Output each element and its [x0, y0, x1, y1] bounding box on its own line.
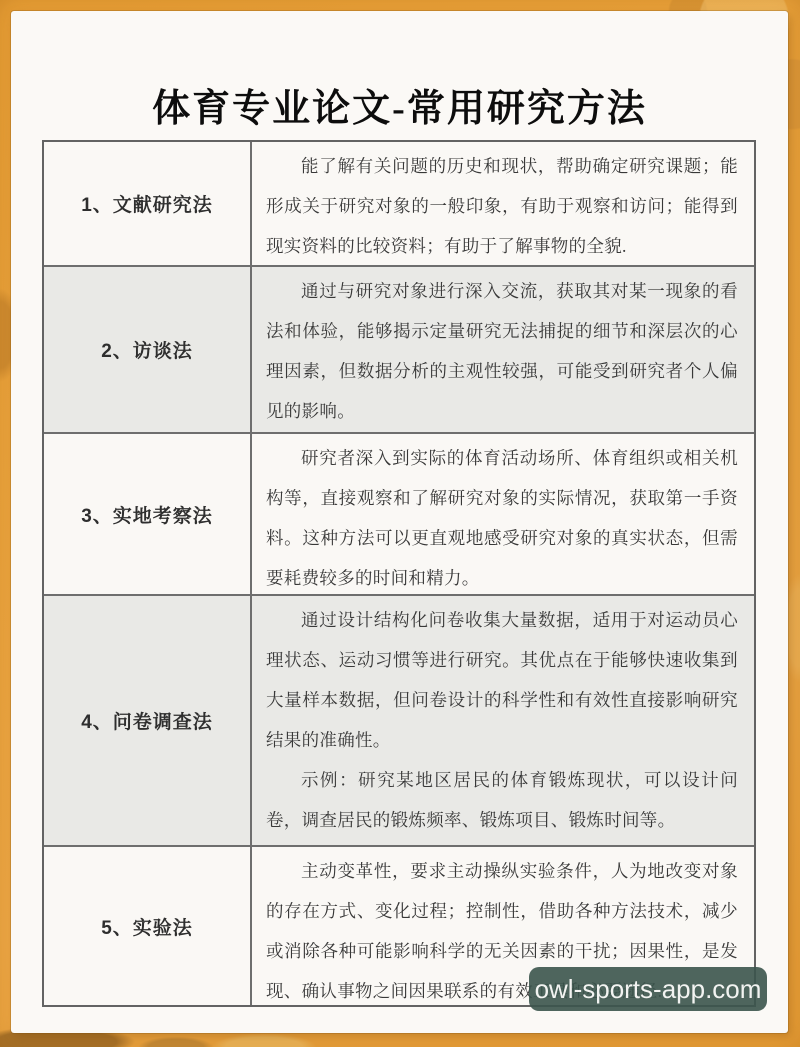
method-name-label: 5、实验法: [44, 847, 252, 1005]
method-description-cell: 研究者深入到实际的体育活动场所、体育组织或相关机构等，直接观察和了解研究对象的实…: [252, 434, 754, 594]
method-description-paragraph: 能了解有关问题的历史和现状，帮助确定研究课题；能形成关于研究对象的一般印象，有助…: [266, 146, 738, 265]
method-description-cell: 能了解有关问题的历史和现状，帮助确定研究课题；能形成关于研究对象的一般印象，有助…: [252, 142, 754, 265]
table-row-questionnaire-survey: 4、问卷调查法 通过设计结构化问卷收集大量数据，适用于对运动员心理状态、运动习惯…: [44, 594, 754, 845]
method-name-label: 3、实地考察法: [44, 434, 252, 594]
method-description-paragraph: 研究者深入到实际的体育活动场所、体育组织或相关机构等，直接观察和了解研究对象的实…: [266, 438, 738, 594]
method-example-paragraph: 示例：研究某地区居民的体育锻炼现状，可以设计问卷，调查居民的锻炼频率、锻炼项目、…: [266, 760, 738, 840]
method-description-cell: 通过设计结构化问卷收集大量数据，适用于对运动员心理状态、运动习惯等进行研究。其优…: [252, 596, 754, 845]
method-name-label: 2、访谈法: [44, 267, 252, 432]
table-row-literature-research: 1、文献研究法 能了解有关问题的历史和现状，帮助确定研究课题；能形成关于研究对象…: [44, 142, 754, 265]
method-name-label: 4、问卷调查法: [44, 596, 252, 845]
page-title: 体育专业论文-常用研究方法: [11, 77, 788, 132]
research-methods-table: 1、文献研究法 能了解有关问题的历史和现状，帮助确定研究课题；能形成关于研究对象…: [42, 140, 756, 1007]
table-row-interview: 2、访谈法 通过与研究对象进行深入交流，获取其对某一现象的看法和体验，能够揭示定…: [44, 265, 754, 432]
watermark-badge: owl-sports-app.com: [529, 967, 767, 1011]
method-description-paragraph: 通过设计结构化问卷收集大量数据，适用于对运动员心理状态、运动习惯等进行研究。其优…: [266, 600, 738, 760]
method-description-paragraph: 通过与研究对象进行深入交流，获取其对某一现象的看法和体验，能够揭示定量研究无法捕…: [266, 271, 738, 431]
method-name-label: 1、文献研究法: [44, 142, 252, 265]
method-description-cell: 通过与研究对象进行深入交流，获取其对某一现象的看法和体验，能够揭示定量研究无法捕…: [252, 267, 754, 432]
page-background: { "page": { "title": "体育专业论文-常用研究方法" }, …: [0, 0, 800, 1047]
table-row-field-investigation: 3、实地考察法 研究者深入到实际的体育活动场所、体育组织或相关机构等，直接观察和…: [44, 432, 754, 594]
document-card: 体育专业论文-常用研究方法 1、文献研究法 能了解有关问题的历史和现状，帮助确定…: [11, 11, 788, 1033]
watermark-text: owl-sports-app.com: [535, 974, 762, 1005]
